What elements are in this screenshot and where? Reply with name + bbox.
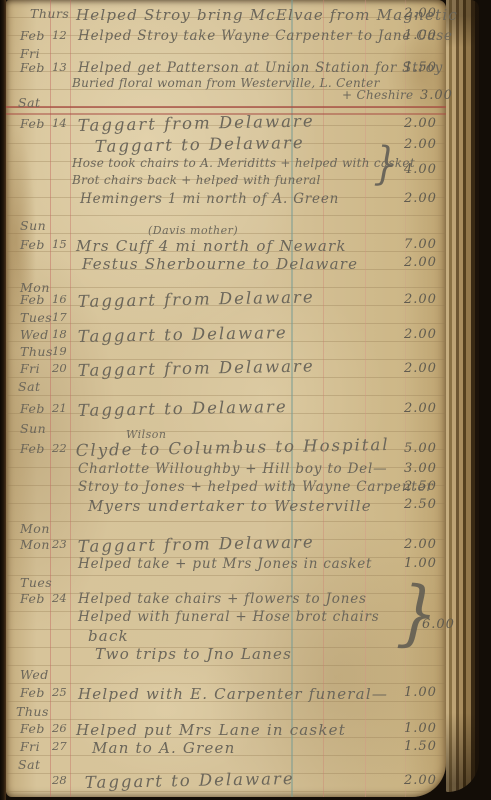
day-label: Fri — [20, 361, 40, 376]
entry-text: Taggart from Delaware — [78, 287, 315, 311]
amount: 2.00 — [404, 773, 437, 788]
day-label: Tues — [20, 575, 52, 590]
entry-text: Mrs Cuff 4 mi north of Newark — [76, 237, 347, 255]
day-label: Sat — [18, 757, 41, 772]
amount: 5.00 — [404, 441, 437, 456]
amount: 1.00 — [404, 721, 437, 736]
entry-text: Helped Stroy take Wayne Carpenter to Jan… — [78, 28, 453, 44]
amount: 2.00 — [404, 327, 437, 342]
amount: 2.00 — [404, 116, 437, 131]
date-number: 27 — [52, 739, 67, 753]
day-label: Sun — [20, 421, 46, 436]
entry-text: Charlotte Willoughby + Hill boy to Del— — [78, 461, 387, 477]
amount: 1.00 — [404, 685, 437, 700]
entry-text: Taggart from Delaware — [78, 111, 315, 135]
entry-text: Brot chairs back + helped with funeral — [72, 173, 321, 187]
date-number: 17 — [52, 310, 67, 324]
ledger-row: Festus Sherbourne to Delaware2.00 — [0, 255, 470, 277]
day-label: Wed — [20, 327, 49, 342]
entry-text: Man to A. Green — [92, 739, 236, 757]
date-number: 21 — [52, 401, 67, 415]
ledger-row: Feb22Clyde to Columbus to Hospital5.00 — [0, 441, 470, 463]
date-number: 13 — [52, 60, 67, 74]
entry-text: Helped take + put Mrs Jones in casket — [78, 556, 372, 572]
entry-text: Helped put Mrs Lane in casket — [76, 721, 346, 739]
day-label: Feb — [20, 685, 45, 700]
brace-icon: } — [373, 142, 397, 188]
entry-text: Taggart from Delaware — [78, 532, 315, 556]
amount: 3.00 — [404, 461, 437, 476]
entry-text: Hemingers 1 mi north of A. Green — [80, 191, 339, 207]
day-label: Thus — [20, 344, 53, 359]
day-label: Thurs — [30, 6, 69, 21]
amount: 2.00 — [404, 255, 437, 270]
day-label: Mon — [20, 521, 50, 536]
amount: 1.00 — [404, 28, 437, 43]
amount: 2.50 — [404, 479, 437, 494]
amount: 2.00 — [404, 361, 437, 376]
amount: 2.00 — [404, 137, 437, 152]
day-label: Feb — [20, 441, 45, 456]
date-number: 23 — [52, 537, 67, 551]
amount: 1.50 — [404, 739, 437, 754]
date-number: 20 — [52, 361, 67, 375]
ledger-row: 28Taggart to Delaware2.00 — [0, 773, 470, 795]
entry-text: Helped take chairs + flowers to Jones — [78, 591, 367, 607]
date-number: 24 — [52, 591, 67, 605]
amount: 2.00 — [404, 6, 437, 21]
date-number: 12 — [52, 28, 67, 42]
day-label: Fri — [20, 739, 40, 754]
amount: 1.50 — [404, 60, 437, 75]
day-label: Feb — [20, 292, 45, 307]
day-label: Feb — [20, 28, 45, 43]
entry-text: Helped get Patterson at Union Station fo… — [78, 60, 443, 76]
brace-icon: } — [395, 577, 439, 651]
entry-text: Stroy to Jones + helped with Wayne Carpe… — [78, 479, 434, 495]
date-number: 26 — [52, 721, 67, 735]
date-number: 14 — [52, 116, 67, 130]
day-label: Thus — [16, 704, 49, 719]
amount: 2.50 — [404, 497, 437, 512]
day-label: Fri — [20, 46, 40, 61]
day-label: Feb — [20, 401, 45, 416]
ledger-scan: ThursHelped Stroy bring McElvae from Mag… — [0, 0, 491, 800]
date-number: 25 — [52, 685, 67, 699]
day-label: Feb — [20, 721, 45, 736]
day-label: Feb — [20, 116, 45, 131]
ledger-row: Hemingers 1 mi north of A. Green2.00 — [0, 191, 470, 213]
entry-text: Taggart to Delaware — [95, 133, 305, 156]
entry-text: Two trips to Jno Lanes — [95, 645, 292, 663]
entry-text: Taggart to Delaware — [78, 397, 288, 420]
entry-text: Helped with E. Carpenter funeral— — [78, 685, 388, 703]
day-label: Tues — [20, 310, 52, 325]
entry-text: Taggart to Delaware — [85, 769, 295, 792]
day-label: Feb — [20, 60, 45, 75]
entry-text: Festus Sherbourne to Delaware — [82, 255, 358, 273]
date-number: 28 — [52, 773, 67, 787]
date-number: 16 — [52, 292, 67, 306]
day-label: Feb — [20, 237, 45, 252]
date-number: 15 — [52, 237, 67, 251]
entry-text: back — [88, 627, 129, 645]
interline-note: (Davis mother) — [148, 224, 238, 237]
amount: 2.00 — [404, 292, 437, 307]
day-label: Sat — [18, 95, 41, 110]
amount: 2.00 — [404, 191, 437, 206]
amount: 1.00 — [404, 556, 437, 571]
day-label: Sun — [20, 218, 46, 233]
amount: 2.00 — [404, 401, 437, 416]
entry-text: Hose took chairs to A. Meriditts + helpe… — [72, 156, 415, 170]
day-label: Mon — [20, 537, 50, 552]
amount: 2.00 — [404, 537, 437, 552]
entry-text: Taggart from Delaware — [78, 356, 315, 380]
ledger-row: ThursHelped Stroy bring McElvae from Mag… — [0, 6, 470, 28]
day-label: Sat — [18, 379, 41, 394]
day-label: Feb — [20, 591, 45, 606]
entry-text: Taggart to Delaware — [78, 323, 288, 346]
entry-text: Myers undertaker to Westerville — [88, 497, 372, 515]
entry-text: Helped Stroy bring McElvae from Magnetic — [76, 6, 458, 24]
date-number: 18 — [52, 327, 67, 341]
ledger-row: Feb21Taggart to Delaware2.00 — [0, 401, 470, 423]
date-number: 22 — [52, 441, 67, 455]
day-label: Wed — [20, 667, 49, 682]
entry-text: Helped with funeral + Hose brot chairs — [78, 609, 379, 625]
ledger-row: Myers undertaker to Westerville2.50 — [0, 497, 470, 519]
date-number: 19 — [52, 344, 67, 358]
amount: 7.00 — [404, 237, 437, 252]
